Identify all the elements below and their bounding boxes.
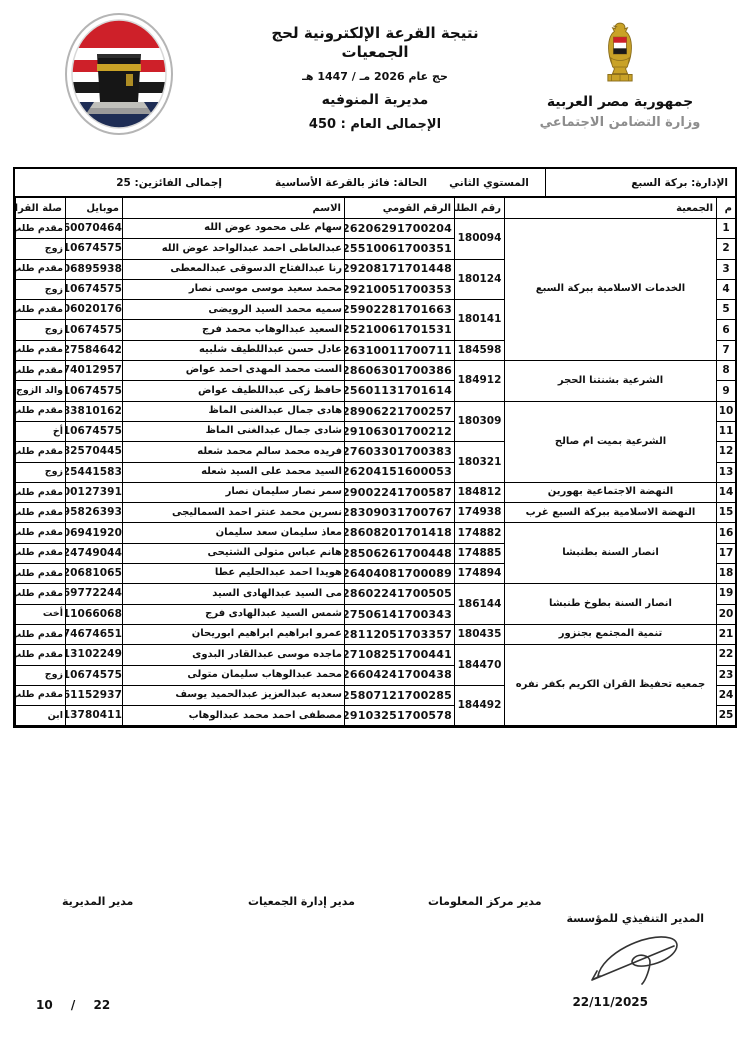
national-id: 25807121700285 [345, 685, 455, 705]
applicant-name: محمد عبدالوهاب سليمان متولى [123, 665, 345, 685]
national-id: 26404081700089 [345, 564, 455, 584]
administration-label: الإدارة: بركة السبع [545, 169, 735, 196]
mobile-number: 01010674575 [66, 239, 123, 259]
egypt-eagle-icon [592, 20, 648, 86]
mobile-number: 01283810162 [66, 401, 123, 421]
grand-total: الإجمالى العام : 450 [245, 117, 505, 132]
mobile-number: 01010674575 [66, 665, 123, 685]
request-number: 184492 [455, 685, 505, 726]
level-label: المستوي الثاني [433, 177, 545, 189]
applicant-name: رنا عبدالفتاح الدسوقى عبدالمعطى [123, 259, 345, 279]
association-name: الشرعية بشنتنا الحجر [505, 361, 717, 402]
association-name: انصار السنة بطوخ طنبشا [505, 584, 717, 625]
column-header-5: موبايل [66, 198, 123, 219]
applicant-name: نسرين محمد عنتر احمد السماليجى [123, 503, 345, 523]
mobile-number: 01095826393 [66, 503, 123, 523]
applicant-name: هادى جمال عبدالغنى الماظ [123, 401, 345, 421]
directorate-name: مديرية المنوفيه [245, 92, 505, 108]
row-number: 18 [717, 564, 736, 584]
info-center-manager-signature-label: مدير مركز المعلومات [428, 895, 542, 908]
national-id: 25210061701531 [345, 320, 455, 340]
applicant-name: السيد محمد على السيد شعله [123, 462, 345, 482]
executive-manager-signature-label: المدير التنفيذي للمؤسسة [566, 912, 704, 925]
table-row: 14النهضة الاجتماعية بهورين18481229002241… [16, 482, 736, 502]
relation: مقدم طلب [16, 543, 66, 563]
results-table-wrap: الإدارة: بركة السبع المستوي الثاني الحال… [13, 167, 737, 728]
row-number: 15 [717, 503, 736, 523]
applicant-name: شادى جمال عبدالغنى الماظ [123, 421, 345, 441]
applicant-name: الست محمد المهدى احمد عواض [123, 361, 345, 381]
national-id: 25601131701614 [345, 381, 455, 401]
national-id: 26206291700204 [345, 219, 455, 239]
page-total: 22 [93, 998, 110, 1012]
national-id: 28506261700448 [345, 543, 455, 563]
request-number: 184598 [455, 340, 505, 360]
mobile-number: 01010674575 [66, 381, 123, 401]
applicant-name: السعيد عبدالوهاب محمد فرج [123, 320, 345, 340]
applicant-name: معاذ سليمان سعد سليمان [123, 523, 345, 543]
relation: مقدم طلب [16, 685, 66, 705]
hajj-lottery-badge [64, 12, 174, 136]
mobile-number: 01010674575 [66, 320, 123, 340]
kaaba-icon [64, 12, 174, 136]
document-title-block: نتيجة القرعة الإلكترونية لحج الجمعيات حج… [245, 24, 505, 132]
relation: مقدم طلب [16, 564, 66, 584]
applicant-name: مى السيد عبدالهادى السيد [123, 584, 345, 604]
column-header-0: م [717, 198, 736, 219]
mobile-number: 01020681065 [66, 564, 123, 584]
table-header-row: مالجمعيةرقم الطلبالرقم القوميالاسمموبايل… [16, 198, 736, 219]
applicant-name: سميه محمد السيد الرويضى [123, 300, 345, 320]
relation: والد الزوج [16, 381, 66, 401]
column-header-6: صلة القرابه [16, 198, 66, 219]
relation: مقدم طلب [16, 645, 66, 665]
relation: زوج [16, 320, 66, 340]
applicant-name: حافظ زكى عبداللطيف عواض [123, 381, 345, 401]
applicant-name: سهام على محمود عوض الله [123, 219, 345, 239]
national-id: 26310011700711 [345, 340, 455, 360]
request-number: 184470 [455, 645, 505, 686]
association-name: انصار السنة بطنبشا [505, 523, 717, 584]
request-number: 180321 [455, 442, 505, 483]
relation: مقدم طلب [16, 300, 66, 320]
national-id: 25510061700351 [345, 239, 455, 259]
results-table: مالجمعيةرقم الطلبالرقم القوميالاسمموبايل… [15, 197, 736, 726]
national-id: 25902281701663 [345, 300, 455, 320]
relation: مقدم طلب [16, 523, 66, 543]
relation: مقدم طلب [16, 442, 66, 462]
status-label: الحالة: فائز بالقرعة الأساسية [228, 177, 433, 189]
mobile-number: 01013780411 [66, 706, 123, 726]
row-number: 11 [717, 421, 736, 441]
association-name: جمعيه تحفيظ القران الكريم بكفر نفره [505, 645, 717, 726]
mobile-number: 01024749044 [66, 543, 123, 563]
association-name: الشرعية بميت ام صالح [505, 401, 717, 482]
row-number: 4 [717, 279, 736, 299]
relation: مقدم طلب [16, 401, 66, 421]
national-id: 28602241700505 [345, 584, 455, 604]
mobile-number: 01227584642 [66, 340, 123, 360]
mobile-number: 01010674575 [66, 279, 123, 299]
associations-manager-signature-label: مدير إدارة الجمعيات [248, 895, 355, 908]
ministry-name: وزارة التضامن الاجتماعي [520, 115, 720, 130]
table-row: 22جمعيه تحفيظ القران الكريم بكفر نفره184… [16, 645, 736, 665]
applicant-name: سمر نصار سليمان نصار [123, 482, 345, 502]
applicant-name: عبدالعاطى احمد عبدالواحد عوض الله [123, 239, 345, 259]
table-body: 1الخدمات الاسلامية ببركة السبع1800942620… [16, 219, 736, 726]
national-id: 29210051700353 [345, 279, 455, 299]
applicant-name: هانم عباس متولى الشتيحى [123, 543, 345, 563]
national-id: 27506141700343 [345, 604, 455, 624]
row-number: 13 [717, 462, 736, 482]
national-id: 27603301700383 [345, 442, 455, 462]
row-number: 20 [717, 604, 736, 624]
hajj-year: حج عام 2026 مـ / 1447 هـ [245, 70, 505, 83]
request-number: 184812 [455, 482, 505, 502]
request-number: 174882 [455, 523, 505, 543]
column-header-2: رقم الطلب [455, 198, 505, 219]
table-row: 19انصار السنة بطوخ طنبشا1861442860224170… [16, 584, 736, 604]
document-title: نتيجة القرعة الإلكترونية لحج الجمعيات [245, 24, 505, 62]
row-number: 23 [717, 665, 736, 685]
applicant-name: عادل حسن عبداللطيف شلبيه [123, 340, 345, 360]
national-id: 26604241700438 [345, 665, 455, 685]
request-number: 174885 [455, 543, 505, 563]
national-id: 28608201701418 [345, 523, 455, 543]
mobile-number: 01274012957 [66, 361, 123, 381]
applicant-name: ماجده موسى عبدالقادر البدوى [123, 645, 345, 665]
row-number: 16 [717, 523, 736, 543]
relation: زوج [16, 462, 66, 482]
row-number: 12 [717, 442, 736, 462]
relation: ابن [16, 706, 66, 726]
request-number: 180094 [455, 219, 505, 260]
national-id: 28309031700767 [345, 503, 455, 523]
country-name: جمهورية مصر العربية [520, 94, 720, 110]
national-id: 29002241700587 [345, 482, 455, 502]
request-number: 180309 [455, 401, 505, 442]
national-id: 27108251700441 [345, 645, 455, 665]
relation: زوج [16, 279, 66, 299]
government-block: جمهورية مصر العربية وزارة التضامن الاجتم… [520, 20, 720, 130]
signature-scribble [584, 930, 684, 988]
mobile-number: 01111066068 [66, 604, 123, 624]
directorate-manager-signature-label: مدير المديرية [62, 895, 133, 908]
row-number: 25 [717, 706, 736, 726]
mobile-number: 01069772244 [66, 584, 123, 604]
row-number: 5 [717, 300, 736, 320]
national-id: 29106301700212 [345, 421, 455, 441]
mobile-number: 01013102249 [66, 645, 123, 665]
relation: زوج [16, 665, 66, 685]
row-number: 7 [717, 340, 736, 360]
national-id: 28606301700386 [345, 361, 455, 381]
row-number: 8 [717, 361, 736, 381]
mobile-number: 01225441583 [66, 462, 123, 482]
table-row: 8الشرعية بشنتنا الحجر1849122860630170038… [16, 361, 736, 381]
row-number: 3 [717, 259, 736, 279]
relation: مقدم طلب [16, 219, 66, 239]
request-number: 174938 [455, 503, 505, 523]
applicant-name: عمرو ابراهيم ابراهيم ابوريحان [123, 624, 345, 644]
national-id: 28112051703357 [345, 624, 455, 644]
request-number: 180141 [455, 300, 505, 341]
relation: مقدم طلب [16, 259, 66, 279]
applicant-name: فريده محمد سالم محمد شعله [123, 442, 345, 462]
page-number: 10 / 22 [36, 998, 110, 1012]
page-separator: / [71, 998, 75, 1012]
association-name: النهضة الاسلامية ببركة السبع غرب [505, 503, 717, 523]
mobile-number: 01000127391 [66, 482, 123, 502]
request-number: 180435 [455, 624, 505, 644]
row-number: 10 [717, 401, 736, 421]
document-page: نتيجة القرعة الإلكترونية لحج الجمعيات حج… [0, 0, 750, 1061]
mobile-number: 01282570445 [66, 442, 123, 462]
row-number: 6 [717, 320, 736, 340]
national-id: 28906221700257 [345, 401, 455, 421]
mobile-number: 01006020176 [66, 300, 123, 320]
table-row: 15النهضة الاسلامية ببركة السبع غرب174938… [16, 503, 736, 523]
applicant-name: سعديه عبدالعزيز عبدالحميد يوسف [123, 685, 345, 705]
relation: مقدم طلب [16, 584, 66, 604]
national-id: 29103251700578 [345, 706, 455, 726]
table-meta-row: الإدارة: بركة السبع المستوي الثاني الحال… [15, 169, 735, 197]
national-id: 29208171701448 [345, 259, 455, 279]
mobile-number: 01006895938 [66, 259, 123, 279]
request-number: 180124 [455, 259, 505, 300]
row-number: 17 [717, 543, 736, 563]
relation: أخ [16, 421, 66, 441]
mobile-number: 01060070464 [66, 219, 123, 239]
row-number: 14 [717, 482, 736, 502]
association-name: الخدمات الاسلامية ببركة السبع [505, 219, 717, 361]
relation: مقدم طلب [16, 624, 66, 644]
mobile-number: 01061152937 [66, 685, 123, 705]
table-row: 1الخدمات الاسلامية ببركة السبع1800942620… [16, 219, 736, 239]
relation: زوج [16, 239, 66, 259]
column-header-1: الجمعية [505, 198, 717, 219]
column-header-4: الاسم [123, 198, 345, 219]
row-number: 22 [717, 645, 736, 665]
report-date: 22/11/2025 [572, 995, 648, 1009]
row-number: 24 [717, 685, 736, 705]
relation: مقدم طلب [16, 361, 66, 381]
applicant-name: هويدا احمد عبدالحليم عطا [123, 564, 345, 584]
table-row: 10الشرعية بميت ام صالح180309289062217002… [16, 401, 736, 421]
row-number: 9 [717, 381, 736, 401]
row-number: 1 [717, 219, 736, 239]
relation: مقدم طلب [16, 503, 66, 523]
association-name: النهضة الاجتماعية بهورين [505, 482, 717, 502]
request-number: 174894 [455, 564, 505, 584]
mobile-number: 01206941920 [66, 523, 123, 543]
table-row: 21تنمية المجتمع بجنزور180435281120517033… [16, 624, 736, 644]
row-number: 19 [717, 584, 736, 604]
mobile-number: 01274674651 [66, 624, 123, 644]
request-number: 186144 [455, 584, 505, 625]
relation: مقدم طلب [16, 482, 66, 502]
relation: أخت [16, 604, 66, 624]
winners-total-label: إجمالى الفائزين: 25 [53, 177, 228, 189]
mobile-number: 01010674575 [66, 421, 123, 441]
applicant-name: محمد سعيد موسى موسى نصار [123, 279, 345, 299]
row-number: 21 [717, 624, 736, 644]
applicant-name: شمس السيد عبدالهادى فرج [123, 604, 345, 624]
page-current: 10 [36, 998, 53, 1012]
request-number: 184912 [455, 361, 505, 402]
column-header-3: الرقم القومي [345, 198, 455, 219]
association-name: تنمية المجتمع بجنزور [505, 624, 717, 644]
national-id: 26204151600053 [345, 462, 455, 482]
relation: مقدم طلب [16, 340, 66, 360]
applicant-name: مصطفى احمد محمد عبدالوهاب [123, 706, 345, 726]
table-row: 16انصار السنة بطنبشا17488228608201701418… [16, 523, 736, 543]
row-number: 2 [717, 239, 736, 259]
